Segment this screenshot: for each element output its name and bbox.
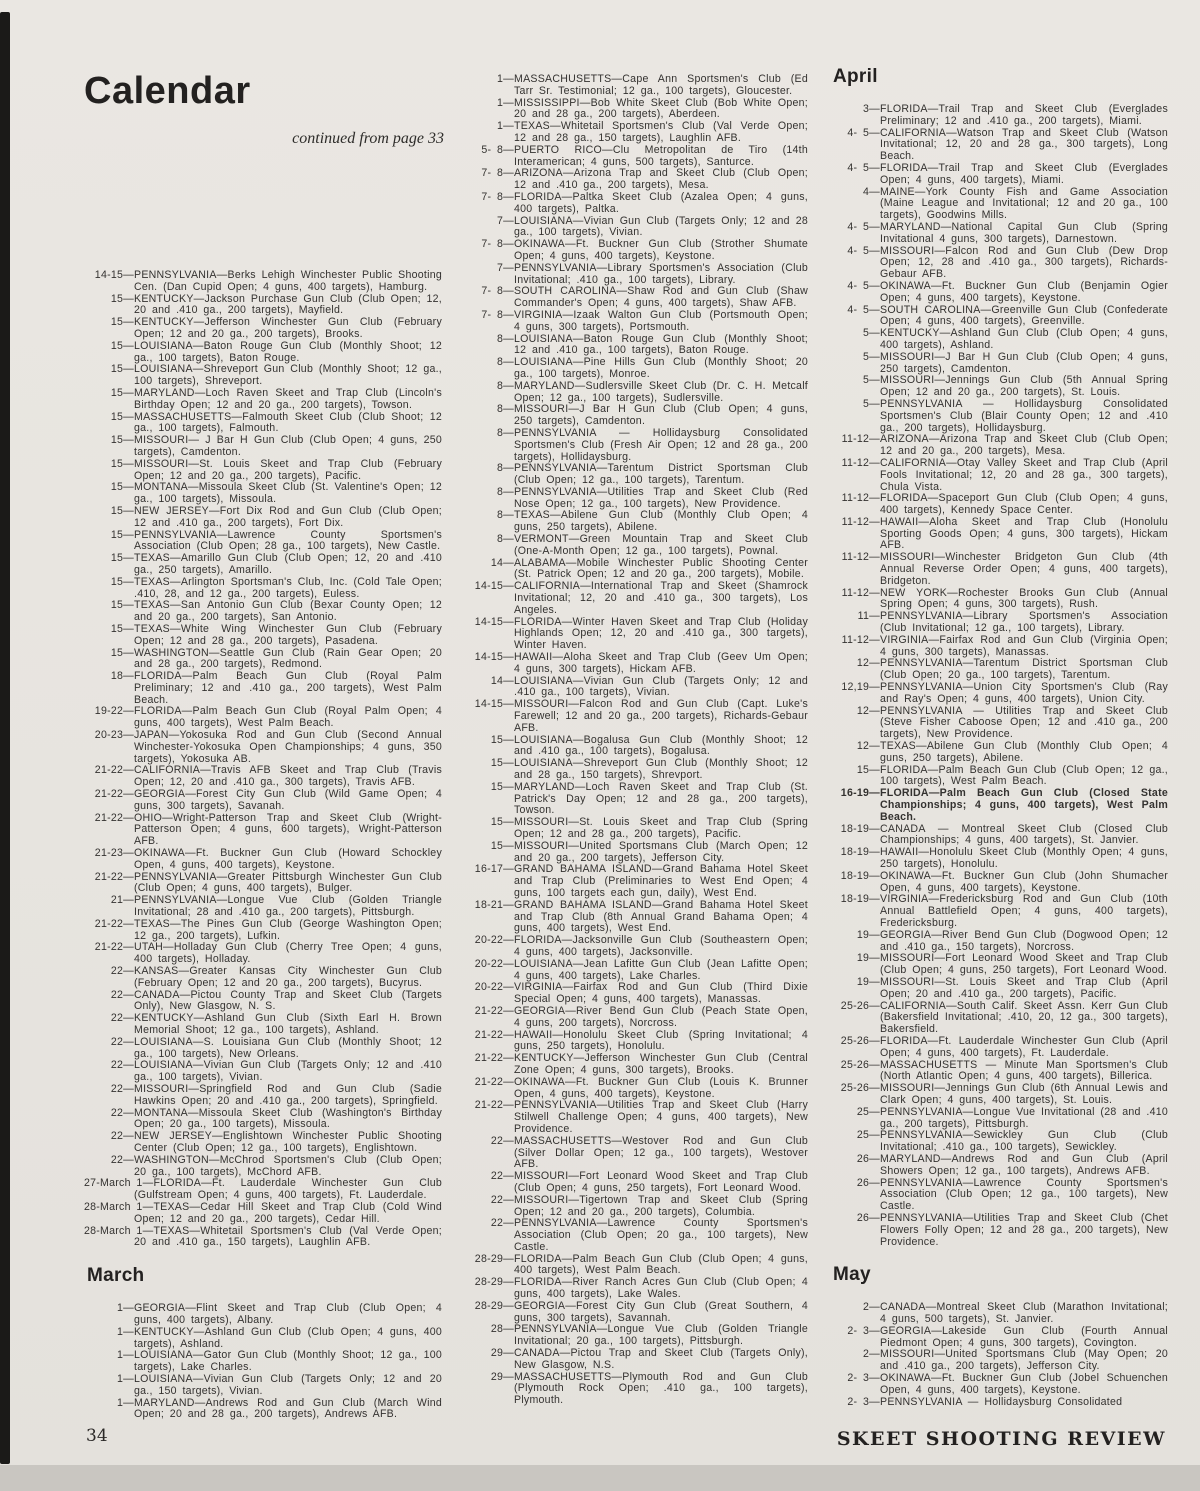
- calendar-entry: 7- 8—ARIZONA—Arizona Trap and Skeet Club…: [464, 168, 808, 192]
- calendar-entry: 15—LOUISIANA—Shreveport Gun Club (Monthl…: [84, 364, 442, 388]
- entry-date: 1—: [84, 1350, 134, 1362]
- calendar-entry: 21-22—PENNSYLVANIA—Greater Pittsburgh Wi…: [84, 872, 442, 896]
- calendar-entry: 25-26—MASSACHUSETTS — Minute Man Sportsm…: [830, 1060, 1168, 1084]
- calendar-entry: 1—MARYLAND—Andrews Rod and Gun Club (Mar…: [84, 1398, 442, 1422]
- entry-text: NEW YORK—Rochester Brooks Gun Club (Annu…: [880, 587, 1168, 611]
- entry-text: GEORGIA—River Bend Gun Club (Dogwood Ope…: [880, 929, 1168, 953]
- entry-text: OHIO—Wright-Patterson Trap and Skeet Clu…: [134, 812, 442, 848]
- calendar-entry: 12—TEXAS—Abilene Gun Club (Monthly Club …: [830, 741, 1168, 765]
- entry-text: PENNSYLVANIA—Tarentum District Sportsman…: [880, 657, 1168, 681]
- entry-text: PENNSYLVANIA—Longue Vue Club (Golden Tri…: [514, 1323, 808, 1347]
- calendar-entry: 8—PENNSYLVANIA — Hollidaysburg Consolida…: [464, 428, 808, 463]
- entry-date: 14-15—: [464, 699, 514, 711]
- calendar-entry: 19—GEORGIA—River Bend Gun Club (Dogwood …: [830, 930, 1168, 954]
- entry-text: MISSOURI—St. Louis Skeet and Trap Club (…: [134, 458, 442, 482]
- entry-date: 18-19—: [830, 824, 880, 836]
- calendar-entry: 26—MARYLAND—Andrews Rod and Gun Club (Ap…: [830, 1154, 1168, 1178]
- entry-date: 15—: [84, 294, 134, 306]
- entry-date: 25-26—: [830, 1083, 880, 1095]
- calendar-entry: 16-19—FLORIDA—Palm Beach Gun Club (Close…: [830, 788, 1168, 823]
- entry-text: PENNSYLVANIA — Utilities Trap and Skeet …: [880, 705, 1168, 741]
- entry-text: MISSOURI—J Bar H Gun Club (Club Open; 4 …: [880, 351, 1168, 375]
- entry-date: 11-12—: [830, 517, 880, 529]
- entry-text: MISSISSIPPI—Bob White Skeet Club (Bob Wh…: [514, 97, 808, 121]
- entry-text: FLORIDA—Paltka Skeet Club (Azalea Open; …: [514, 191, 808, 215]
- entry-text: OKINAWA—Ft. Buckner Gun Club (Jobel Schu…: [880, 1372, 1168, 1396]
- entry-text: PENNSYLVANIA—Sewickley Gun Club (Club In…: [880, 1129, 1168, 1153]
- calendar-entry: 22—CANADA—Pictou County Trap and Skeet C…: [84, 990, 442, 1014]
- entry-text: TEXAS—Abilene Gun Club (Monthly Club Ope…: [514, 509, 808, 533]
- entry-text: GRAND BAHAMA ISLAND—Grand Bahama Hotel S…: [514, 863, 808, 899]
- entry-text: MARYLAND—Sudlersville Skeet Club (Dr. C.…: [514, 380, 808, 404]
- entry-text: MASSACHUSETTS—Cape Ann Sportsmen's Club …: [514, 73, 808, 97]
- calendar-entry: 29—CANADA—Pictou Trap and Skeet Club (Ta…: [464, 1348, 808, 1372]
- entry-text: CANADA—Pictou Trap and Skeet Club (Targe…: [514, 1347, 808, 1371]
- calendar-entry: 8—VERMONT—Green Mountain Trap and Skeet …: [464, 534, 808, 558]
- entry-date: 26—: [830, 1178, 880, 1190]
- calendar-entry: 21-22—KENTUCKY—Jefferson Winchester Gun …: [464, 1053, 808, 1077]
- calendar-entry: 7—PENNSYLVANIA—Library Sportsmen's Assoc…: [464, 263, 808, 287]
- entry-date: 5—: [830, 328, 880, 340]
- entry-text: LOUISIANA—Pine Hills Gun Club (Monthly S…: [514, 356, 808, 380]
- calendar-entry: 12—PENNSYLVANIA — Utilities Trap and Ske…: [830, 706, 1168, 741]
- calendar-entry: 11—PENNSYLVANIA—Library Sportsmen's Asso…: [830, 611, 1168, 635]
- calendar-entry: 20-23—JAPAN—Yokosuka Rod and Gun Club (S…: [84, 730, 442, 765]
- calendar-entry: 5—MISSOURI—Jennings Gun Club (5th Annual…: [830, 375, 1168, 399]
- calendar-entry: 22—PENNSYLVANIA—Lawrence County Sportsme…: [464, 1218, 808, 1253]
- calendar-entry: 25-26—MISSOURI—Jennings Gun Club (6th An…: [830, 1083, 1168, 1107]
- calendar-entry: 22—MISSOURI—Tigertown Trap and Skeet Clu…: [464, 1195, 808, 1219]
- calendar-entry: 4—MAINE—York County Fish and Game Associ…: [830, 187, 1168, 222]
- calendar-entry: 8—PENNSYLVANIA—Utilities Trap and Skeet …: [464, 487, 808, 511]
- entry-date: 8—: [464, 534, 514, 546]
- entry-text: MISSOURI—St. Louis Skeet and Trap Club (…: [514, 816, 808, 840]
- entry-date: 21-22—: [464, 1030, 514, 1042]
- calendar-entry: 28-29—FLORIDA—River Ranch Acres Gun Club…: [464, 1277, 808, 1301]
- entry-date: 21-22—: [84, 789, 134, 801]
- entry-text: GEORGIA—Flint Skeet and Trap Club (Club …: [134, 1302, 442, 1326]
- entry-text: MISSOURI—Springfield Rod and Gun Club (S…: [134, 1083, 442, 1107]
- entry-date: 11-12—: [830, 552, 880, 564]
- entry-text: OKINAWA—Ft. Buckner Gun Club (Strother S…: [514, 238, 808, 262]
- entry-text: VERMONT—Green Mountain Trap and Skeet Cl…: [514, 533, 808, 557]
- entry-text: LOUISIANA—Shreveport Gun Club (Monthly S…: [134, 363, 442, 387]
- calendar-entry: 15—MARYLAND—Loch Raven Skeet and Trap Cl…: [84, 388, 442, 412]
- entry-text: TEXAS—The Pines Gun Club (George Washing…: [134, 918, 442, 942]
- entry-date: 15—: [84, 435, 134, 447]
- entry-text: HAWAII—Honolulu Skeet Club (Spring Invit…: [514, 1029, 808, 1053]
- entry-text: MISSOURI—Winchester Bridgeton Gun Club (…: [880, 551, 1168, 587]
- calendar-entry: 18-19—HAWAII—Honolulu Skeet Club (Monthl…: [830, 847, 1168, 871]
- calendar-entry: 15—TEXAS—White Wing Winchester Gun Club …: [84, 624, 442, 648]
- entry-date: 20-23—: [84, 730, 134, 742]
- entry-text: PENNSYLVANIA—Lawrence County Sportsmen's…: [514, 1217, 808, 1253]
- calendar-entry: 11-12—CALIFORNIA—Otay Valley Skeet and T…: [830, 458, 1168, 493]
- calendar-entry: 18-19—VIRGINIA—Fredericksburg Rod and Gu…: [830, 894, 1168, 929]
- entry-text: FLORIDA—Spaceport Gun Club (Club Open; 4…: [880, 492, 1168, 516]
- entry-date: 22—: [464, 1171, 514, 1183]
- entry-text: PENNSYLVANIA—Union City Sportsmen's Club…: [880, 681, 1168, 705]
- entry-text: ARIZONA—Arizona Trap and Skeet Club (Clu…: [514, 167, 808, 191]
- entry-date: 4- 5—: [830, 281, 880, 293]
- entry-date: 4—: [830, 187, 880, 199]
- entry-date: 22—: [84, 1084, 134, 1096]
- entry-date: 22—: [464, 1136, 514, 1148]
- entry-date: 26—: [830, 1154, 880, 1166]
- entry-text: TEXAS—San Antonio Gun Club (Bexar County…: [134, 599, 442, 623]
- entry-text: MAINE—York County Fish and Game Associat…: [880, 186, 1168, 222]
- entry-date: 14-15—: [464, 617, 514, 629]
- entry-date: 15—: [84, 624, 134, 636]
- calendar-entry: 14—ALABAMA—Mobile Winchester Public Shoo…: [464, 558, 808, 582]
- calendar-entry: 1—MASSACHUSETTS—Cape Ann Sportsmen's Clu…: [464, 74, 808, 98]
- entry-text: MONTANA—Missoula Skeet Club (St. Valenti…: [134, 481, 442, 505]
- entry-text: PUERTO RICO—Clu Metropolitan de Tiro (14…: [514, 144, 808, 168]
- entry-date: 15—: [464, 758, 514, 770]
- entry-text: KENTUCKY—Ashland Gun Club (Club Open; 4 …: [134, 1326, 442, 1350]
- entry-text: KENTUCKY—Jackson Purchase Gun Club (Club…: [134, 293, 442, 317]
- entry-date: 22—: [84, 1131, 134, 1143]
- entry-text: TEXAS—Cedar Hill Skeet and Trap Club (Co…: [134, 1201, 442, 1225]
- month-header: March: [87, 1265, 442, 1287]
- entry-date: 1—: [464, 98, 514, 110]
- calendar-entry: 8—MARYLAND—Sudlersville Skeet Club (Dr. …: [464, 381, 808, 405]
- calendar-entry: 22—LOUISIANA—S. Louisiana Gun Club (Mont…: [84, 1037, 442, 1061]
- entry-date: 21-22—: [84, 872, 134, 884]
- entry-text: OKINAWA—Ft. Buckner Gun Club (Benjamin O…: [880, 280, 1168, 304]
- entry-text: CALIFORNIA—Otay Valley Skeet and Trap Cl…: [880, 457, 1168, 493]
- calendar-entry: 19—MISSOURI—Fort Leonard Wood Skeet and …: [830, 953, 1168, 977]
- entry-text: PENNSYLVANIA—Library Sportsmen's Associa…: [514, 262, 808, 286]
- calendar-entry: 11-12—NEW YORK—Rochester Brooks Gun Club…: [830, 588, 1168, 612]
- calendar-entry: 20-22—VIRGINIA—Fairfax Rod and Gun Club …: [464, 982, 808, 1006]
- entry-date: 15—: [84, 459, 134, 471]
- entry-date: 4- 5—: [830, 222, 880, 234]
- entry-date: 21-22—: [464, 1077, 514, 1089]
- calendar-entry: 15—MASSACHUSETTS—Falmouth Skeet Club (Cl…: [84, 412, 442, 436]
- entry-date: 2—: [830, 1349, 880, 1361]
- calendar-entry: 7- 8—VIRGINIA—Izaak Walton Gun Club (Por…: [464, 310, 808, 334]
- entry-date: 18-19—: [830, 871, 880, 883]
- entry-date: 22—: [84, 1155, 134, 1167]
- entry-date: 15—: [84, 577, 134, 589]
- entry-date: 15—: [84, 506, 134, 518]
- entry-text: TEXAS—Whitetail Sportsmen's Club (Val Ve…: [134, 1225, 442, 1249]
- entry-date: 5—: [830, 399, 880, 411]
- page-title: Calendar: [84, 70, 251, 113]
- entry-date: 19—: [830, 953, 880, 965]
- entry-date: 11-12—: [830, 588, 880, 600]
- calendar-entry: 2—CANADA—Montreal Skeet Club (Marathon I…: [830, 1302, 1168, 1326]
- entry-text: VIRGINIA—Fredericksburg Rod and Gun Club…: [880, 893, 1168, 929]
- entry-text: VIRGINIA—Fairfax Rod and Gun Club (Virgi…: [880, 634, 1168, 658]
- calendar-entry: 11-12—HAWAII—Aloha Skeet and Trap Club (…: [830, 517, 1168, 552]
- entry-text: FLORIDA—Jacksonville Gun Club (Southeast…: [514, 934, 808, 958]
- entry-text: LOUISIANA—Vivian Gun Club (Targets Only;…: [514, 675, 808, 699]
- entry-text: LOUISIANA—S. Louisiana Gun Club (Monthly…: [134, 1036, 442, 1060]
- entry-text: MASSACHUSETTS—Falmouth Skeet Club (Club …: [134, 411, 442, 435]
- entry-text: TEXAS—Whitetail Sportsmen's Club (Val Ve…: [514, 120, 808, 144]
- entry-text: TEXAS—Arlington Sportsman's Club, Inc. (…: [134, 576, 442, 600]
- calendar-entry: 4- 5—SOUTH CAROLINA—Greenville Gun Club …: [830, 305, 1168, 329]
- entry-text: MARYLAND—Andrews Rod and Gun Club (April…: [880, 1153, 1168, 1177]
- entry-date: 11-12—: [830, 434, 880, 446]
- entry-text: TEXAS—Abilene Gun Club (Monthly Club Ope…: [880, 740, 1168, 764]
- calendar-entry: 28-March 1—TEXAS—Whitetail Sportsmen's C…: [84, 1226, 442, 1250]
- calendar-entry: 21-22—OKINAWA—Ft. Buckner Gun Club (Loui…: [464, 1077, 808, 1101]
- entry-text: PENNSYLVANIA—Library Sportsmen's Associa…: [880, 610, 1168, 634]
- page-number: 34: [86, 1426, 108, 1446]
- entry-text: MISSOURI—Fort Leonard Wood Skeet and Tra…: [514, 1170, 808, 1194]
- calendar-entry: 19—MISSOURI—St. Louis Skeet and Trap Clu…: [830, 977, 1168, 1001]
- entry-date: 8—: [464, 463, 514, 475]
- entry-date: 21—: [84, 895, 134, 907]
- calendar-entry: 12,19—PENNSYLVANIA—Union City Sportsmen'…: [830, 682, 1168, 706]
- calendar-entry: 18-19—OKINAWA—Ft. Buckner Gun Club (John…: [830, 871, 1168, 895]
- entry-date: 18-19—: [830, 894, 880, 906]
- entry-date: 1—: [84, 1398, 134, 1410]
- calendar-entry: 2—MISSOURI—United Sportsmans Club (May O…: [830, 1349, 1168, 1373]
- entry-text: PENNSYLVANIA — Hollidaysburg Consolidate…: [880, 1396, 1122, 1408]
- entry-text: KENTUCKY—Ashland Gun Club (Sixth Earl H.…: [134, 1012, 442, 1036]
- entry-date: 15—: [464, 782, 514, 794]
- calendar-entry: 27-March 1—FLORIDA—Ft. Lauderdale Winche…: [84, 1178, 442, 1202]
- calendar-entry: 1—GEORGIA—Flint Skeet and Trap Club (Clu…: [84, 1303, 442, 1327]
- calendar-entry: 4- 5—MARYLAND—National Capital Gun Club …: [830, 222, 1168, 246]
- entry-text: MISSOURI—United Sportsmans Club (March O…: [514, 840, 808, 864]
- calendar-entry: 5- 8—PUERTO RICO—Clu Metropolitan de Tir…: [464, 145, 808, 169]
- entry-date: 22—: [84, 1013, 134, 1025]
- calendar-entry: 7- 8—FLORIDA—Paltka Skeet Club (Azalea O…: [464, 192, 808, 216]
- entry-date: 14-15—: [84, 270, 134, 282]
- entry-text: KENTUCKY—Ashland Gun Club (Club Open; 4 …: [880, 327, 1168, 351]
- entry-text: FLORIDA—Ft. Lauderdale Winchester Gun Cl…: [134, 1177, 442, 1201]
- entry-text: FLORIDA—Trail Trap and Skeet Club (Everg…: [880, 162, 1168, 186]
- entry-text: OKINAWA—Ft. Buckner Gun Club (John Shuma…: [880, 870, 1168, 894]
- entry-text: PENNSYLVANIA — Hollidaysburg Consolidate…: [514, 427, 808, 463]
- entry-date: 29—: [464, 1348, 514, 1360]
- calendar-entry: 11-12—ARIZONA—Arizona Trap and Skeet Clu…: [830, 434, 1168, 458]
- entry-date: 28-29—: [464, 1254, 514, 1266]
- entry-text: PENNSYLVANIA—Utilities Trap and Skeet Cl…: [880, 1212, 1168, 1248]
- month-header: April: [833, 66, 1168, 88]
- entry-text: MISSOURI—Tigertown Trap and Skeet Club (…: [514, 1194, 808, 1218]
- entry-text: FLORIDA—Winter Haven Skeet and Trap Club…: [514, 616, 808, 652]
- entry-date: 7—: [464, 263, 514, 275]
- entry-text: MARYLAND—National Capital Gun Club (Spri…: [880, 221, 1168, 245]
- entry-date: 8—: [464, 510, 514, 522]
- entry-date: 14—: [464, 676, 514, 688]
- entry-text: PENNSYLVANIA—Longue Vue Club (Golden Tri…: [134, 894, 442, 918]
- calendar-entry: 15—KENTUCKY—Jackson Purchase Gun Club (C…: [84, 294, 442, 318]
- calendar-entry: 8—PENNSYLVANIA—Tarentum District Sportsm…: [464, 463, 808, 487]
- entry-text: MASSACHUSETTS—Plymouth Rod and Gun Club …: [514, 1371, 808, 1407]
- entry-date: 4- 5—: [830, 163, 880, 175]
- entry-date: 12—: [830, 741, 880, 753]
- calendar-entry: 4- 5—OKINAWA—Ft. Buckner Gun Club (Benja…: [830, 281, 1168, 305]
- entry-date: 22—: [84, 990, 134, 1002]
- entry-text: FLORIDA—Palm Beach Gun Club (Royal Palm …: [134, 705, 442, 729]
- entry-date: 1—: [464, 121, 514, 133]
- entry-date: 22—: [464, 1218, 514, 1230]
- entry-date: 2—: [830, 1302, 880, 1314]
- entry-text: LOUISIANA—Baton Rouge Gun Club (Monthly …: [514, 333, 808, 357]
- calendar-entry: 21—PENNSYLVANIA—Longue Vue Club (Golden …: [84, 895, 442, 919]
- calendar-entry: 18-19—CANADA — Montreal Skeet Club (Clos…: [830, 824, 1168, 848]
- calendar-entry: 5—KENTUCKY—Ashland Gun Club (Club Open; …: [830, 328, 1168, 352]
- entry-text: FLORIDA—Palm Beach Gun Club (Royal Palm …: [134, 670, 442, 706]
- entry-date: 11-12—: [830, 493, 880, 505]
- calendar-entry: 15—MISSOURI—St. Louis Skeet and Trap Clu…: [464, 817, 808, 841]
- entry-text: PENNSYLVANIA—Utilities Trap and Skeet Cl…: [514, 1099, 808, 1135]
- entry-text: NEW JERSEY—Fort Dix Rod and Gun Club (Cl…: [134, 505, 442, 529]
- entry-date: 18-19—: [830, 847, 880, 859]
- calendar-entry: 1—KENTUCKY—Ashland Gun Club (Club Open; …: [84, 1327, 442, 1351]
- calendar-entry: 22—WASHINGTON—McChrod Sportsmen's Club (…: [84, 1155, 442, 1179]
- entry-date: 14—: [464, 558, 514, 570]
- calendar-entry: 28-March 1—TEXAS—Cedar Hill Skeet and Tr…: [84, 1202, 442, 1226]
- entry-date: 15—: [84, 482, 134, 494]
- entry-date: 21-22—: [464, 1053, 514, 1065]
- entry-text: CALIFORNIA—South Calif. Skeet Assn. Kerr…: [880, 1000, 1168, 1036]
- entry-date: 7- 8—: [464, 168, 514, 180]
- entry-text: LOUISIANA—Vivian Gun Club (Targets Only;…: [134, 1373, 442, 1397]
- entry-text: MISSOURI— J Bar H Gun Club (Club Open; 4…: [134, 434, 442, 458]
- entry-text: JAPAN—Yokosuka Rod and Gun Club (Second …: [134, 729, 442, 765]
- entry-text: OKINAWA—Ft. Buckner Gun Club (Louis K. B…: [514, 1076, 808, 1100]
- entry-date: 16-19—: [830, 788, 880, 800]
- entry-text: GEORGIA—Forest City Gun Club (Great Sout…: [514, 1300, 808, 1324]
- entry-text: OKINAWA—Ft. Buckner Gun Club (Howard Sch…: [134, 847, 442, 871]
- entry-text: KENTUCKY—Jefferson Winchester Gun Club (…: [134, 316, 442, 340]
- calendar-entry: 2- 3—OKINAWA—Ft. Buckner Gun Club (Jobel…: [830, 1373, 1168, 1397]
- calendar-entry: 15—MONTANA—Missoula Skeet Club (St. Vale…: [84, 482, 442, 506]
- entry-text: MISSOURI—Fort Leonard Wood Skeet and Tra…: [880, 952, 1168, 976]
- entry-text: CANADA — Montreal Skeet Club (Closed Clu…: [880, 823, 1168, 847]
- entry-text: LOUISIANA—Gator Gun Club (Monthly Shoot;…: [134, 1349, 442, 1373]
- entry-date: 16-17—: [464, 864, 514, 876]
- calendar-entry: 15—MISSOURI— J Bar H Gun Club (Club Open…: [84, 435, 442, 459]
- entry-date: 1—: [84, 1374, 134, 1386]
- continued-note: continued from page 33: [84, 130, 444, 148]
- entry-text: GEORGIA—River Bend Gun Club (Peach State…: [514, 1005, 808, 1029]
- entry-date: 7- 8—: [464, 286, 514, 298]
- calendar-entry: 7- 8—OKINAWA—Ft. Buckner Gun Club (Strot…: [464, 239, 808, 263]
- entry-text: KENTUCKY—Jefferson Winchester Gun Club (…: [514, 1052, 808, 1076]
- entry-text: FLORIDA—Palm Beach Gun Club (Closed Stat…: [880, 787, 1168, 823]
- entry-date: 25—: [830, 1130, 880, 1142]
- calendar-entry: 8—MISSOURI—J Bar H Gun Club (Club Open; …: [464, 404, 808, 428]
- entry-date: 7- 8—: [464, 239, 514, 251]
- entry-text: UTAH—Holladay Gun Club (Cherry Tree Open…: [134, 941, 442, 965]
- entry-date: 18-21—: [464, 900, 514, 912]
- calendar-entry: 26—PENNSYLVANIA—Utilities Trap and Skeet…: [830, 1213, 1168, 1248]
- entry-date: 19—: [830, 977, 880, 989]
- entry-date: 15—: [464, 841, 514, 853]
- calendar-entry: 7—LOUISIANA—Vivian Gun Club (Targets Onl…: [464, 216, 808, 240]
- entry-date: 8—: [464, 428, 514, 440]
- calendar-entry: 21-22—GEORGIA—River Bend Gun Club (Peach…: [464, 1006, 808, 1030]
- page-edge-shadow: [0, 12, 10, 1464]
- entry-text: LOUISIANA—Vivian Gun Club (Targets Only;…: [134, 1059, 442, 1083]
- entry-text: WASHINGTON—McChrod Sportsmen's Club (Clu…: [134, 1154, 442, 1178]
- entry-date: 1—: [84, 1327, 134, 1339]
- entry-date: 28-29—: [464, 1277, 514, 1289]
- entry-date: 8—: [464, 487, 514, 499]
- calendar-entry: 1—LOUISIANA—Gator Gun Club (Monthly Shoo…: [84, 1350, 442, 1374]
- calendar-entry: 15—TEXAS—San Antonio Gun Club (Bexar Cou…: [84, 600, 442, 624]
- entry-date: 20-22—: [464, 982, 514, 994]
- entry-date: 15—: [84, 553, 134, 565]
- entry-date: 20-22—: [464, 935, 514, 947]
- month-header: May: [833, 1264, 1168, 1286]
- entry-text: MISSOURI—United Sportsmans Club (May Ope…: [880, 1348, 1168, 1372]
- entry-text: MISSOURI—J Bar H Gun Club (Club Open; 4 …: [514, 403, 808, 427]
- entry-date: 25-26—: [830, 1001, 880, 1013]
- entry-text: SOUTH CAROLINA—Shaw Rod and Gun Club (Sh…: [514, 285, 808, 309]
- entry-date: 2- 3—: [830, 1397, 880, 1409]
- calendar-entry: 11-12—MISSOURI—Winchester Bridgeton Gun …: [830, 552, 1168, 587]
- calendar-entry: 14-15—CALIFORNIA—International Trap and …: [464, 581, 808, 616]
- entry-date: 11-12—: [830, 635, 880, 647]
- entry-date: 21-22—: [84, 765, 134, 777]
- calendar-entry: 3—FLORIDA—Trail Trap and Skeet Club (Eve…: [830, 104, 1168, 128]
- entry-text: MISSOURI—Jennings Gun Club (5th Annual S…: [880, 374, 1168, 398]
- calendar-entry: 25—PENNSYLVANIA—Longue Vue Invitational …: [830, 1107, 1168, 1131]
- calendar-entry: 15—KENTUCKY—Jefferson Winchester Gun Clu…: [84, 317, 442, 341]
- entry-text: GEORGIA—Lakeside Gun Club (Fourth Annual…: [880, 1325, 1168, 1349]
- entry-date: 5- 8—: [464, 145, 514, 157]
- entry-text: ALABAMA—Mobile Winchester Public Shootin…: [514, 557, 808, 581]
- entry-date: 11-12—: [830, 458, 880, 470]
- entry-text: PENNSYLVANIA—Utilities Trap and Skeet Cl…: [514, 486, 808, 510]
- entry-text: MISSOURI—Falcon Rod and Gun Club (Dew Dr…: [880, 245, 1168, 281]
- calendar-entry: 15—TEXAS—Amarillo Gun Club (Club Open; 1…: [84, 553, 442, 577]
- calendar-entry: 22—NEW JERSEY—Englishtown Winchester Pub…: [84, 1131, 442, 1155]
- calendar-entry: 8—LOUISIANA—Pine Hills Gun Club (Monthly…: [464, 357, 808, 381]
- entry-text: CALIFORNIA—International Trap and Skeet …: [514, 580, 808, 616]
- entry-text: PENNSYLVANIA — Hollidaysburg Consolidate…: [880, 398, 1168, 434]
- entry-text: ARIZONA—Arizona Trap and Skeet Club (Clu…: [880, 433, 1168, 457]
- calendar-entry: 16-17—GRAND BAHAMA ISLAND—Grand Bahama H…: [464, 864, 808, 899]
- calendar-entry: 21-22—GEORGIA—Forest City Gun Club (Wild…: [84, 789, 442, 813]
- entry-date: 11—: [830, 611, 880, 623]
- magazine-title: SKEET SHOOTING REVIEW: [837, 1428, 1166, 1450]
- entry-text: WASHINGTON—Seattle Gun Club (Rain Gear O…: [134, 647, 442, 671]
- calendar-entry: 15—MISSOURI—St. Louis Skeet and Trap Clu…: [84, 459, 442, 483]
- entry-date: 28-29—: [464, 1301, 514, 1313]
- page-bottom-edge: [0, 1465, 1200, 1491]
- entry-date: 21-23—: [84, 848, 134, 860]
- calendar-entry: 14—LOUISIANA—Vivian Gun Club (Targets On…: [464, 676, 808, 700]
- entry-date: 8—: [464, 381, 514, 393]
- entry-date: 8—: [464, 357, 514, 369]
- entry-text: GRAND BAHAMA ISLAND—Grand Bahama Hotel S…: [514, 899, 808, 935]
- entry-text: PENNSYLVANIA—Greater Pittsburgh Winchest…: [134, 871, 442, 895]
- entry-text: CALIFORNIA—Watson Trap and Skeet Club (W…: [880, 127, 1168, 163]
- entry-date: 15—: [84, 530, 134, 542]
- calendar-column-right: April3—FLORIDA—Trail Trap and Skeet Club…: [830, 66, 1168, 1408]
- entry-date: 7—: [464, 216, 514, 228]
- entry-text: PENNSYLVANIA—Berks Lehigh Winchester Pub…: [134, 269, 442, 293]
- entry-date: 15—: [464, 817, 514, 829]
- entry-text: TEXAS—White Wing Winchester Gun Club (Fe…: [134, 623, 442, 647]
- entry-date: 25-26—: [830, 1036, 880, 1048]
- calendar-entry: 15—WASHINGTON—Seattle Gun Club (Rain Gea…: [84, 648, 442, 672]
- entry-text: FLORIDA—Palm Beach Gun Club (Club Open; …: [514, 1253, 808, 1277]
- calendar-entry: 20-22—FLORIDA—Jacksonville Gun Club (Sou…: [464, 935, 808, 959]
- entry-date: 8—: [464, 404, 514, 416]
